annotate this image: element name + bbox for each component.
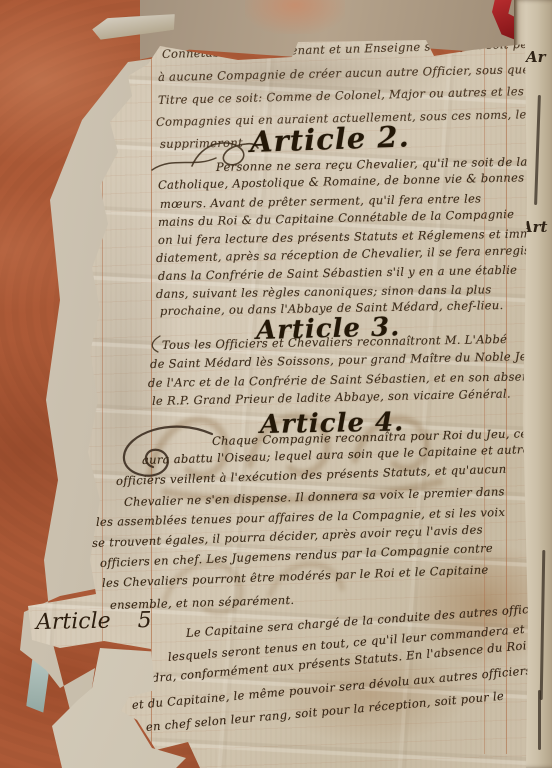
page-gap-shadow <box>540 550 546 700</box>
manuscript-line: dans, suivant les règles canoniques; sin… <box>156 284 492 300</box>
article-margin-label: Article 5 <box>36 610 152 634</box>
manuscript-line: diatement, après sa réception de Chevali… <box>156 245 552 265</box>
manuscript-line: Tous les Officiers et Chevaliers reconna… <box>162 334 507 352</box>
manuscript-line: dans la Confrérie de Saint Sébastien s'i… <box>158 265 517 283</box>
manuscript-line: Titre que ce soit: Comme de Colonel, Maj… <box>158 86 524 106</box>
manuscript-line: Catholique, Apostolique & Romaine, de bo… <box>158 172 525 191</box>
binding-board-patch <box>245 0 345 34</box>
photograph-of-manuscript: Ar Art an 30.68 Connét <box>0 0 552 768</box>
page-gap-shadow <box>534 95 541 205</box>
manuscript-line: à aucune Compagnie de créer aucun autre … <box>158 64 552 84</box>
manuscript-line: de Saint Médard lès Soissons, pour grand… <box>150 351 535 371</box>
flourish <box>146 334 162 354</box>
article-heading: Article 2. <box>249 122 410 157</box>
manuscript-line: mains du Roi & du Capitaine Connétable d… <box>158 209 515 229</box>
page-gap-shadow <box>538 690 541 750</box>
adjacent-page-text-fragment: Ar <box>526 50 546 65</box>
flourish <box>150 152 218 174</box>
